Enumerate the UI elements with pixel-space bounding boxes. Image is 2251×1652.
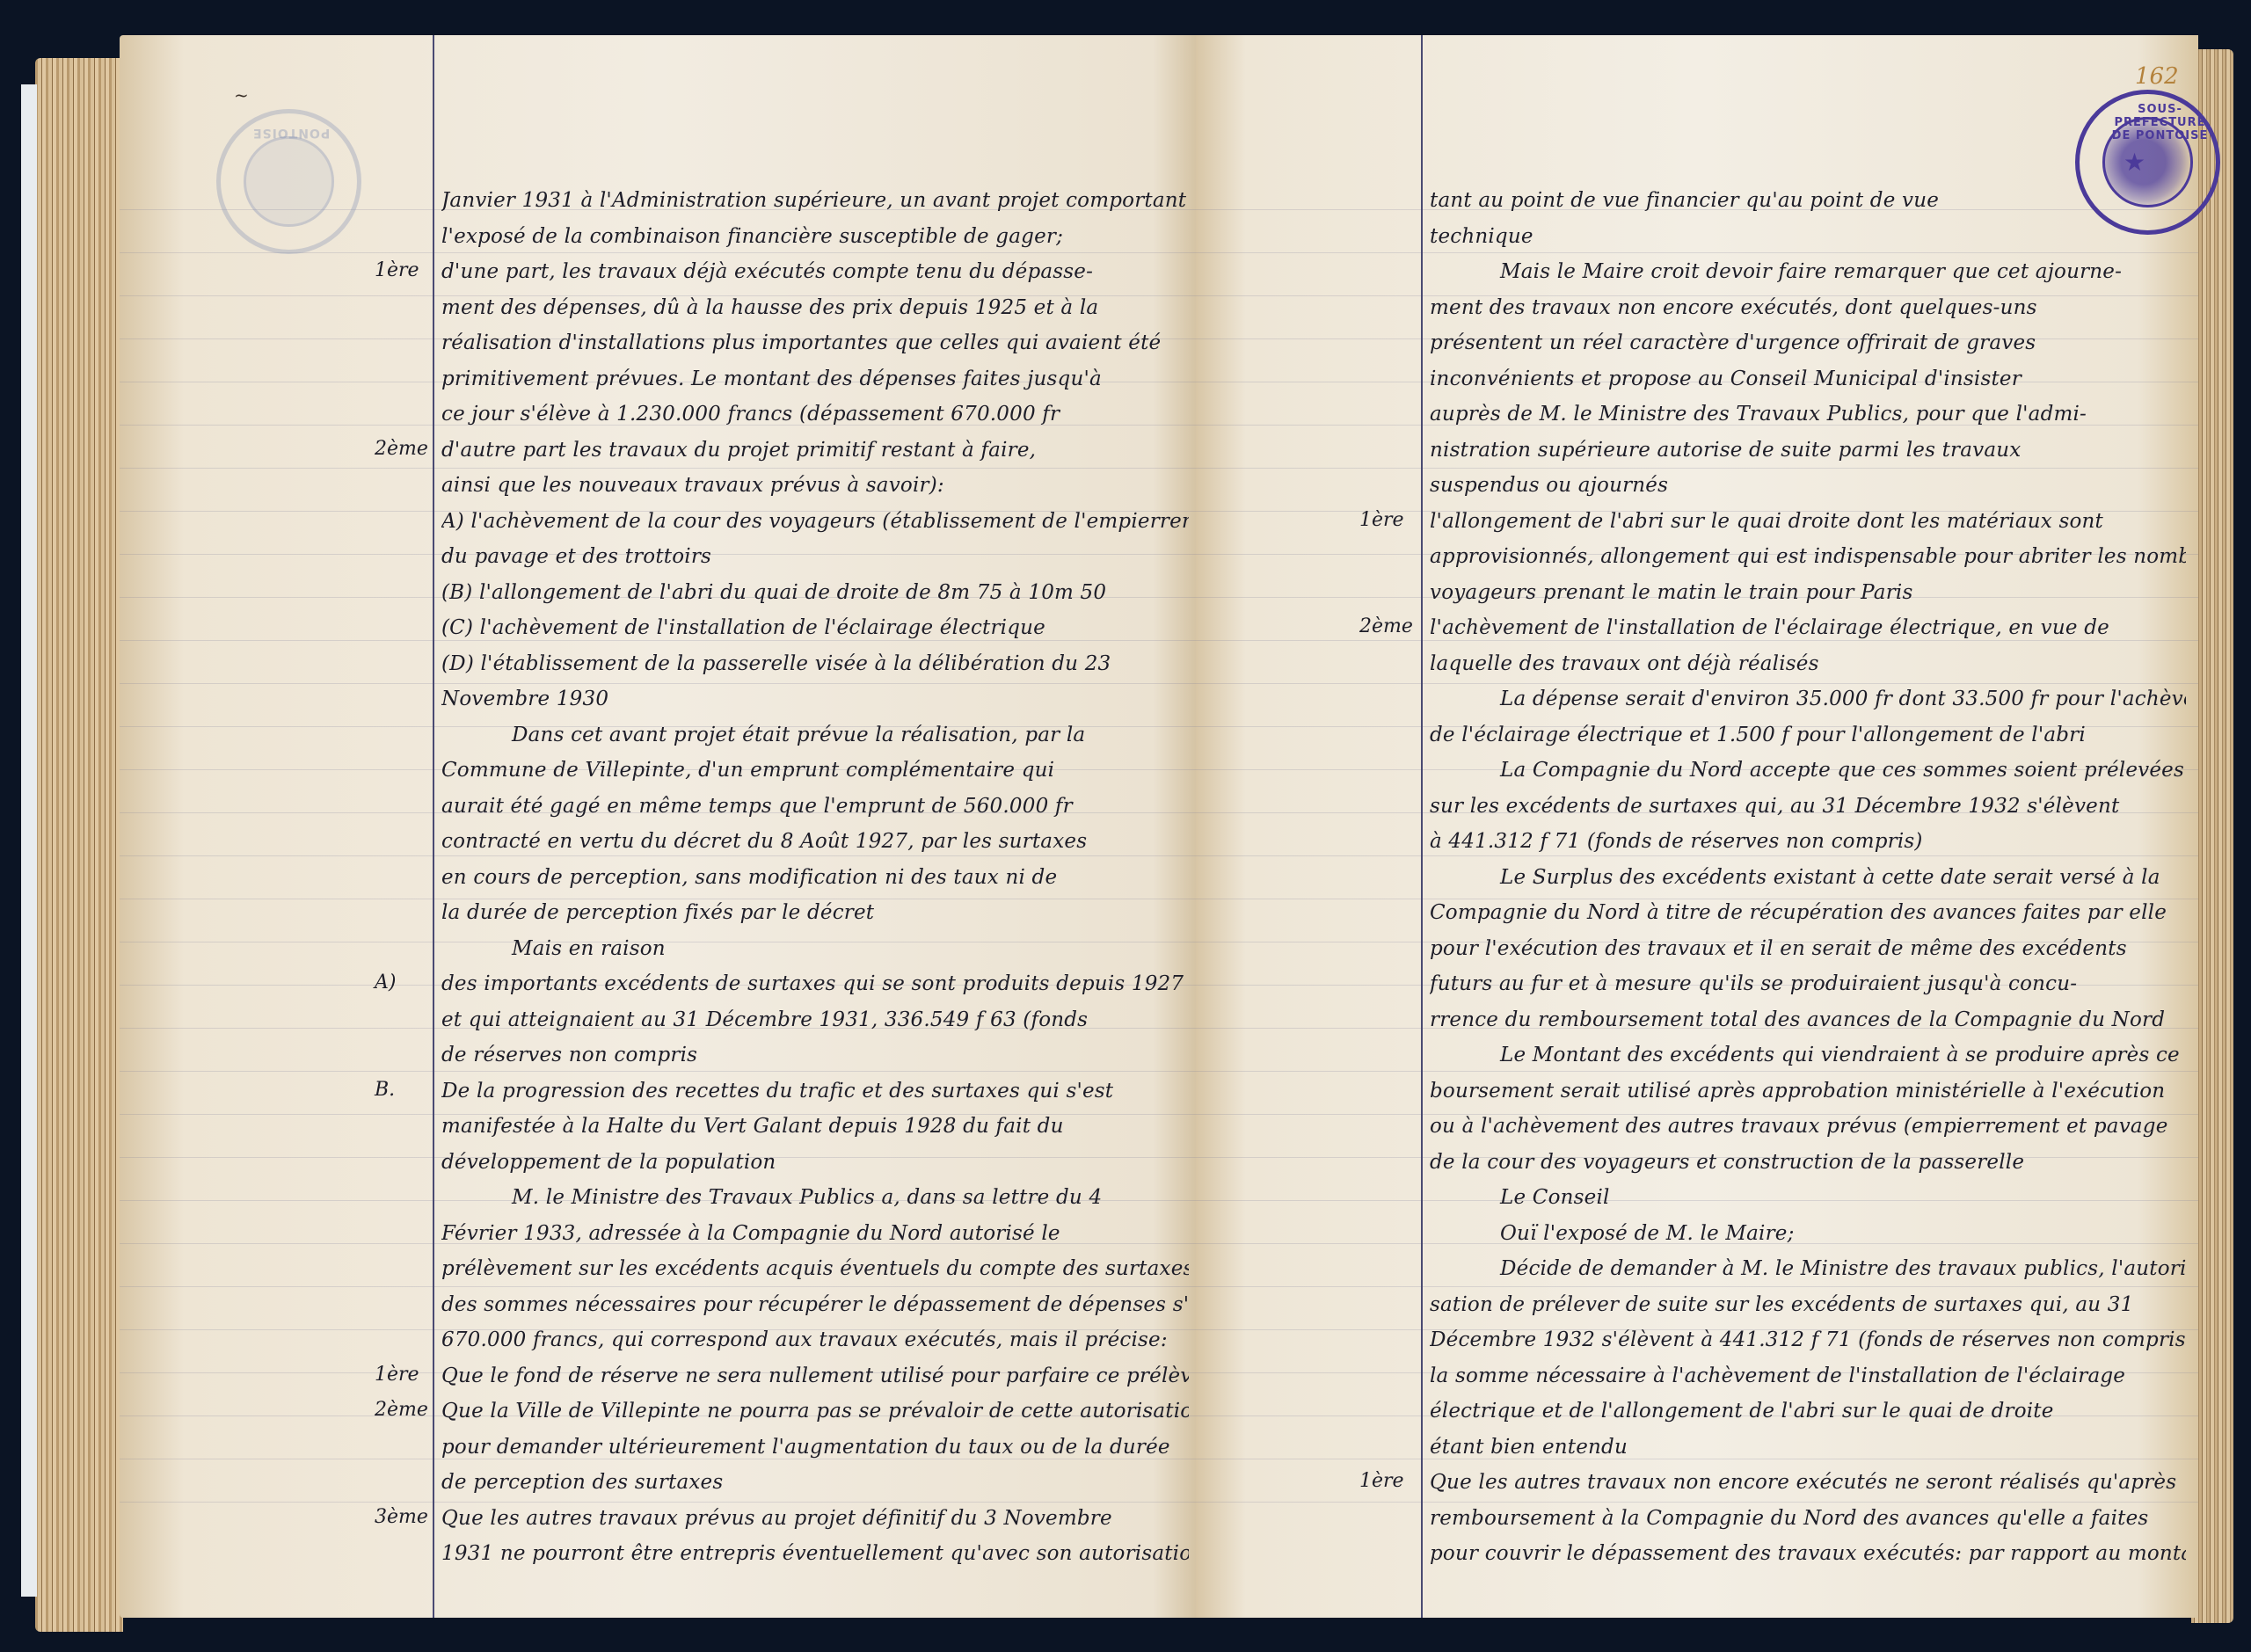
handwritten-line: (B) l'allongement de l'abri du quai de d… bbox=[441, 575, 1189, 611]
handwritten-line: l'exposé de la combinaison financière su… bbox=[441, 219, 1189, 255]
handwritten-line: ment des dépenses, dû à la hausse des pr… bbox=[441, 290, 1189, 326]
handwritten-line: d'autre part les travaux du projet primi… bbox=[441, 433, 1189, 469]
handwritten-line: 1931 ne pourront être entrepris éventuel… bbox=[441, 1536, 1189, 1572]
open-register-book: ~ PONTOISE Janvier 1931 à l'Administrati… bbox=[35, 32, 2233, 1623]
handwritten-line: futurs au fur et à mesure qu'ils se prod… bbox=[1430, 966, 2186, 1002]
left-page-edges bbox=[35, 58, 123, 1632]
handwritten-line: Mais en raison bbox=[441, 931, 1189, 967]
margin-note: B. bbox=[375, 1079, 395, 1101]
handwritten-line: Commune de Villepinte, d'un emprunt comp… bbox=[441, 753, 1189, 789]
handwritten-line: ainsi que les nouveaux travaux prévus à … bbox=[441, 468, 1189, 504]
handwritten-line: A) l'achèvement de la cour des voyageurs… bbox=[441, 504, 1189, 540]
margin-rule bbox=[1421, 35, 1423, 1618]
handwritten-line: électrique et de l'allongement de l'abri… bbox=[1430, 1394, 2186, 1430]
right-page: 162 ★ SOUS-PREFECTURE DE PONTOISE tant a… bbox=[1196, 35, 2198, 1618]
faded-stamp-text: PONTOISE bbox=[252, 126, 330, 140]
handwritten-line: en cours de perception, sans modificatio… bbox=[441, 860, 1189, 896]
handwritten-line: Janvier 1931 à l'Administration supérieu… bbox=[441, 183, 1189, 219]
handwritten-line: aurait été gagé en même temps que l'empr… bbox=[441, 789, 1189, 825]
handwritten-line: manifestée à la Halte du Vert Galant dep… bbox=[441, 1109, 1189, 1145]
page-number: 162 bbox=[2135, 63, 2179, 90]
handwritten-line: M. le Ministre des Travaux Publics a, da… bbox=[441, 1180, 1189, 1216]
handwritten-line: Février 1933, adressée à la Compagnie du… bbox=[441, 1216, 1189, 1252]
handwritten-line: sur les excédents de surtaxes qui, au 31… bbox=[1430, 789, 2186, 825]
handwritten-line: de réserves non compris bbox=[441, 1037, 1189, 1073]
handwritten-line: pour couvrir le dépassement des travaux … bbox=[1430, 1536, 2186, 1572]
handwritten-line: l'allongement de l'abri sur le quai droi… bbox=[1430, 504, 2186, 540]
handwritten-line: suspendus ou ajournés bbox=[1430, 468, 2186, 504]
handwritten-line: des importants excédents de surtaxes qui… bbox=[441, 966, 1189, 1002]
handwritten-line: (C) l'achèvement de l'installation de l'… bbox=[441, 610, 1189, 646]
handwritten-line: remboursement à la Compagnie du Nord des… bbox=[1430, 1501, 2186, 1537]
handwritten-line: rrence du remboursement total des avance… bbox=[1430, 1002, 2186, 1038]
handwritten-line: pour demander ultérieurement l'augmentat… bbox=[441, 1430, 1189, 1466]
handwritten-line: Le Conseil bbox=[1430, 1180, 2186, 1216]
handwritten-line: La Compagnie du Nord accepte que ces som… bbox=[1430, 753, 2186, 789]
handwritten-line: Que la Ville de Villepinte ne pourra pas… bbox=[441, 1394, 1189, 1430]
handwritten-line: 670.000 francs, qui correspond aux trava… bbox=[441, 1322, 1189, 1358]
faded-stamp-icon: PONTOISE bbox=[216, 109, 361, 254]
star-icon: ★ bbox=[2124, 148, 2145, 177]
handwritten-line: Que les autres travaux non encore exécut… bbox=[1430, 1465, 2186, 1501]
right-page-text: tant au point de vue financier qu'au poi… bbox=[1430, 183, 2186, 1572]
handwritten-line: présentent un réel caractère d'urgence o… bbox=[1430, 325, 2186, 361]
handwritten-line: des sommes nécessaires pour récupérer le… bbox=[441, 1287, 1189, 1323]
margin-note: 1ère bbox=[1359, 509, 1404, 531]
handwritten-line: réalisation d'installations plus importa… bbox=[441, 325, 1189, 361]
handwritten-line: de la cour des voyageurs et construction… bbox=[1430, 1145, 2186, 1181]
handwritten-line: pour l'exécution des travaux et il en se… bbox=[1430, 931, 2186, 967]
handwritten-line: Ouï l'exposé de M. le Maire; bbox=[1430, 1216, 2186, 1252]
handwritten-line: de perception des surtaxes bbox=[441, 1465, 1189, 1501]
margin-note: 2ème bbox=[375, 1399, 428, 1421]
handwritten-line: Le Surplus des excédents existant à cett… bbox=[1430, 860, 2186, 896]
handwritten-line: primitivement prévues. Le montant des dé… bbox=[441, 361, 1189, 397]
handwritten-line: tant au point de vue financier qu'au poi… bbox=[1430, 183, 2186, 219]
handwritten-line: Dans cet avant projet était prévue la ré… bbox=[441, 717, 1189, 753]
handwritten-line: prélèvement sur les excédents acquis éve… bbox=[441, 1251, 1189, 1287]
margin-note: 3ème bbox=[375, 1506, 428, 1528]
margin-note: A) bbox=[375, 972, 396, 993]
handwritten-line: ou à l'achèvement des autres travaux pré… bbox=[1430, 1109, 2186, 1145]
margin-note: 2ème bbox=[1359, 615, 1413, 637]
handwritten-line: d'une part, les travaux déjà exécutés co… bbox=[441, 254, 1189, 290]
handwritten-line: du pavage et des trottoirs bbox=[441, 539, 1189, 575]
handwritten-line: laquelle des travaux ont déjà réalisés bbox=[1430, 646, 2186, 682]
handwritten-line: la somme nécessaire à l'achèvement de l'… bbox=[1430, 1358, 2186, 1394]
handwritten-line: technique bbox=[1430, 219, 2186, 255]
handwritten-line: ment des travaux non encore exécutés, do… bbox=[1430, 290, 2186, 326]
handwritten-line: l'achèvement de l'installation de l'écla… bbox=[1430, 610, 2186, 646]
handwritten-line: nistration supérieure autorise de suite … bbox=[1430, 433, 2186, 469]
margin-note: 1ère bbox=[375, 259, 419, 281]
handwritten-line: ce jour s'élève à 1.230.000 francs (dépa… bbox=[441, 397, 1189, 433]
handwritten-line: voyageurs prenant le matin le train pour… bbox=[1430, 575, 2186, 611]
left-page-text: Janvier 1931 à l'Administration supérieu… bbox=[441, 183, 1189, 1572]
handwritten-line: Le Montant des excédents qui viendraient… bbox=[1430, 1037, 2186, 1073]
stamp-text: SOUS-PREFECTURE DE PONTOISE bbox=[2104, 103, 2216, 142]
handwritten-line: Mais le Maire croit devoir faire remarqu… bbox=[1430, 254, 2186, 290]
margin-rule bbox=[433, 35, 434, 1618]
ink-mark: ~ bbox=[234, 84, 249, 106]
margin-note: 1ère bbox=[375, 1364, 419, 1386]
handwritten-line: De la progression des recettes du trafic… bbox=[441, 1073, 1189, 1110]
handwritten-line: développement de la population bbox=[441, 1145, 1189, 1181]
handwritten-line: étant bien entendu bbox=[1430, 1430, 2186, 1466]
margin-note: 1ère bbox=[1359, 1470, 1404, 1492]
handwritten-line: à 441.312 f 71 (fonds de réserves non co… bbox=[1430, 824, 2186, 860]
handwritten-line: contracté en vertu du décret du 8 Août 1… bbox=[441, 824, 1189, 860]
handwritten-line: auprès de M. le Ministre des Travaux Pub… bbox=[1430, 397, 2186, 433]
margin-note: 2ème bbox=[375, 438, 428, 460]
handwritten-line: Que le fond de réserve ne sera nullement… bbox=[441, 1358, 1189, 1394]
handwritten-line: Que les autres travaux prévus au projet … bbox=[441, 1501, 1189, 1537]
handwritten-line: Décide de demander à M. le Ministre des … bbox=[1430, 1251, 2186, 1287]
handwritten-line: la durée de perception fixés par le décr… bbox=[441, 895, 1189, 931]
handwritten-line: de l'éclairage électrique et 1.500 f pou… bbox=[1430, 717, 2186, 753]
handwritten-line: boursement serait utilisé après approbat… bbox=[1430, 1073, 2186, 1110]
handwritten-line: Novembre 1930 bbox=[441, 681, 1189, 717]
handwritten-line: inconvénients et propose au Conseil Muni… bbox=[1430, 361, 2186, 397]
handwritten-line: et qui atteignaient au 31 Décembre 1931,… bbox=[441, 1002, 1189, 1038]
handwritten-line: sation de prélever de suite sur les excé… bbox=[1430, 1287, 2186, 1323]
handwritten-line: Décembre 1932 s'élèvent à 441.312 f 71 (… bbox=[1430, 1322, 2186, 1358]
handwritten-line: approvisionnés, allongement qui est indi… bbox=[1430, 539, 2186, 575]
handwritten-line: (D) l'établissement de la passerelle vis… bbox=[441, 646, 1189, 682]
handwritten-line: Compagnie du Nord à titre de récupératio… bbox=[1430, 895, 2186, 931]
left-page: ~ PONTOISE Janvier 1931 à l'Administrati… bbox=[120, 35, 1196, 1618]
handwritten-line: La dépense serait d'environ 35.000 fr do… bbox=[1430, 681, 2186, 717]
